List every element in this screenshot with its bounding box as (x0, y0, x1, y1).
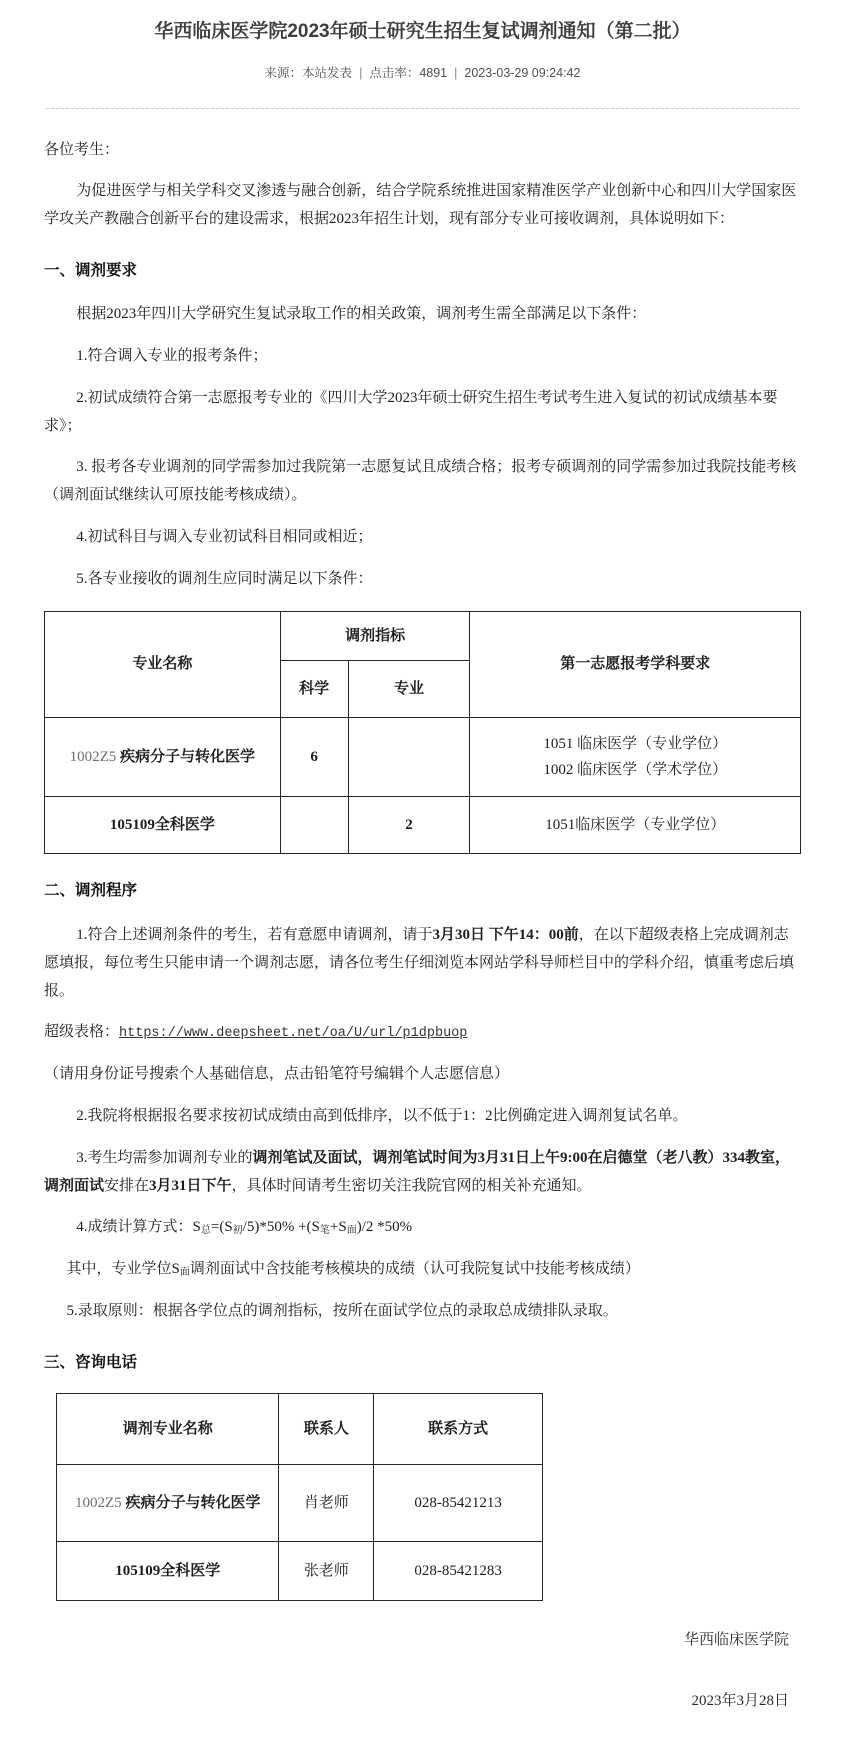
procedure-item-3: 3.考生均需参加调剂专业的调剂笔试及面试，调剂笔试时间为3月31日上午9:00在… (44, 1145, 801, 1201)
quota-header-quota: 调剂指标 (280, 612, 470, 661)
explanation-text: 其中，专业学位S (67, 1261, 180, 1277)
requirement-item-4: 4.初试科目与调入专业初试科目相同或相近； (44, 524, 801, 552)
procedure-item-5: 5.录取原则：根据各学位点的调剂指标，按所在面试学位点的录取总成绩排队录取。 (44, 1298, 801, 1326)
quota-table-header-row-1: 专业名称 调剂指标 第一志愿报考学科要求 (45, 612, 801, 661)
sheet-link[interactable]: https://www.deepsheet.net/oa/U/url/p1dpb… (119, 1026, 467, 1041)
contact-row2-major: 105109全科医学 (57, 1542, 279, 1601)
contact-row2-phone: 028-85421283 (374, 1542, 543, 1601)
formula-part: =(S (211, 1219, 233, 1235)
meta-source-value: 本站发表 (302, 66, 352, 80)
dashed-divider (46, 108, 799, 109)
procedure-item-2: 2.我院将根据报名要求按初试成绩由高到低排序，以不低于1：2比例确定进入调剂复试… (44, 1103, 801, 1131)
quota-header-requirement: 第一志愿报考学科要求 (470, 612, 801, 718)
requirement-item-3: 3. 报考各专业调剂的同学需参加过我院第一志愿复试且成绩合格；报考专硕调剂的同学… (44, 454, 801, 510)
meta-timestamp: 2023-03-29 09:24:42 (464, 66, 580, 80)
meta-hits-label: 点击率： (369, 66, 419, 80)
section-2-heading: 二、调剂程序 (44, 877, 801, 906)
explanation-text: 调剂面试中含技能考核模块的成绩（认可我院复试中技能考核成绩） (190, 1261, 640, 1277)
interview-time-bold: 3月31日下午 (149, 1178, 232, 1194)
meta-separator: | (454, 66, 457, 80)
contact-row1-person: 肖老师 (279, 1465, 374, 1542)
quota-row1-requirement: 1051 临床医学（专业学位） 1002 临床医学（学术学位） (470, 718, 801, 797)
major-name: 105109全科医学 (110, 817, 215, 833)
sheet-note: （请用身份证号搜索个人基础信息，点击铅笔符号编辑个人志愿信息） (44, 1061, 801, 1089)
section-1-heading: 一、调剂要求 (44, 257, 801, 286)
contact-row1-major: 1002Z5 疾病分子与转化医学 (57, 1465, 279, 1542)
footer-signature-block: 华西临床医学院 2023年3月28日 (44, 1627, 789, 1716)
contact-header-phone: 联系方式 (374, 1394, 543, 1465)
intro-paragraph: 为促进医学与相关学科交叉渗透与融合创新，结合学院系统推进国家精准医学产业创新中心… (44, 178, 801, 234)
requirement-item-5: 5.各专业接收的调剂生应同时满足以下条件： (44, 566, 801, 594)
quota-table: 专业名称 调剂指标 第一志愿报考学科要求 科学 专业 1002Z5 疾病分子与转… (44, 611, 801, 854)
formula-subscript: 笔 (320, 1225, 330, 1236)
quota-row1-major: 1002Z5 疾病分子与转化医学 (45, 718, 281, 797)
formula-subscript: 面 (347, 1225, 357, 1236)
meta-hits-value: 4891 (419, 66, 447, 80)
quota-header-science: 科学 (280, 661, 348, 718)
procedure-item-1: 1.符合上述调剂条件的考生，若有意愿申请调剂，请于3月30日 下午14：00前，… (44, 922, 801, 1005)
professional-quota-value: 2 (405, 817, 413, 833)
score-formula-line: 4.成绩计算方式：S总=(S初/5)*50% +(S笔+S面)/2 *50% (44, 1214, 801, 1242)
requirement-line-1: 1051 临床医学（专业学位） (476, 731, 794, 757)
requirement-line-2: 1002 临床医学（学术学位） (476, 757, 794, 783)
meta-source-label: 来源： (265, 66, 303, 80)
quota-row1-professional (348, 718, 470, 797)
formula-part: S (193, 1219, 201, 1235)
formula-subscript: 面 (180, 1267, 190, 1278)
notice-page: 华西临床医学院2023年硕士研究生招生复试调剂通知（第二批） 来源：本站发表|点… (0, 0, 845, 1746)
section-1-lead: 根据2023年四川大学研究生复试录取工作的相关政策，调剂考生需全部满足以下条件： (44, 301, 801, 329)
sheet-link-label: 超级表格： (44, 1024, 119, 1040)
quota-row1-science: 6 (280, 718, 348, 797)
major-name: 105109全科医学 (115, 1563, 220, 1579)
major-name: 疾病分子与转化医学 (120, 749, 255, 765)
formula-part: /5)*50% +(S (243, 1219, 320, 1235)
footer-org: 华西临床医学院 (44, 1627, 789, 1655)
contact-header-person: 联系人 (279, 1394, 374, 1465)
formula-part: )/2 *50% (357, 1219, 412, 1235)
procedure-1-text: 1.符合上述调剂条件的考生，若有意愿申请调剂，请于 (76, 927, 432, 943)
requirement-item-2: 2.初试成绩符合第一志愿报考专业的《四川大学2023年硕士研究生招生考试考生进入… (44, 385, 801, 441)
requirement-item-1: 1.符合调入专业的报考条件； (44, 343, 801, 371)
procedure-3-text: ，具体时间请考生密切关注我院官网的相关补充通知。 (232, 1178, 592, 1194)
formula-subscript: 初 (233, 1225, 243, 1236)
quota-row2-requirement: 1051临床医学（专业学位） (470, 797, 801, 854)
page-title: 华西临床医学院2023年硕士研究生招生复试调剂通知（第二批） (44, 18, 801, 46)
contact-table: 调剂专业名称 联系人 联系方式 1002Z5 疾病分子与转化医学 肖老师 028… (56, 1393, 543, 1601)
quota-header-major: 专业名称 (45, 612, 281, 718)
contact-row1-phone: 028-85421213 (374, 1465, 543, 1542)
procedure-3-text: 安排在 (104, 1178, 149, 1194)
major-code: 1002Z5 (75, 1495, 125, 1511)
contact-table-row-2: 105109全科医学 张老师 028-85421283 (57, 1542, 543, 1601)
footer-date: 2023年3月28日 (44, 1688, 789, 1716)
formula-explanation: 其中，专业学位S面调剂面试中含技能考核模块的成绩（认可我院复试中技能考核成绩） (44, 1256, 801, 1284)
science-quota-value: 6 (310, 749, 318, 765)
contact-table-row-1: 1002Z5 疾病分子与转化医学 肖老师 028-85421213 (57, 1465, 543, 1542)
quota-row2-science (280, 797, 348, 854)
article-meta: 来源：本站发表|点击率：4891|2023-03-29 09:24:42 (44, 63, 801, 81)
quota-row2-professional: 2 (348, 797, 470, 854)
quota-header-professional: 专业 (348, 661, 470, 718)
formula-label: 4.成绩计算方式： (76, 1219, 192, 1235)
section-3-heading: 三、咨询电话 (44, 1349, 801, 1378)
contact-row2-person: 张老师 (279, 1542, 374, 1601)
score-formula: S总=(S初/5)*50% +(S笔+S面)/2 *50% (193, 1219, 413, 1235)
quota-table-row-1: 1002Z5 疾病分子与转化医学 6 1051 临床医学（专业学位） 1002 … (45, 718, 801, 797)
formula-subscript: 总 (201, 1225, 211, 1236)
major-name: 疾病分子与转化医学 (125, 1495, 260, 1511)
contact-table-header-row: 调剂专业名称 联系人 联系方式 (57, 1394, 543, 1465)
quota-table-row-2: 105109全科医学 2 1051临床医学（专业学位） (45, 797, 801, 854)
procedure-3-text: 3.考生均需参加调剂专业的 (76, 1150, 252, 1166)
major-code: 1002Z5 (70, 749, 120, 765)
meta-separator: | (359, 66, 362, 80)
formula-part: +S (330, 1219, 347, 1235)
salutation: 各位考生： (44, 137, 801, 165)
sheet-link-line: 超级表格：https://www.deepsheet.net/oa/U/url/… (44, 1019, 801, 1047)
contact-header-major: 调剂专业名称 (57, 1394, 279, 1465)
deadline-bold: 3月30日 下午14：00前 (433, 927, 579, 943)
quota-row2-major: 105109全科医学 (45, 797, 281, 854)
